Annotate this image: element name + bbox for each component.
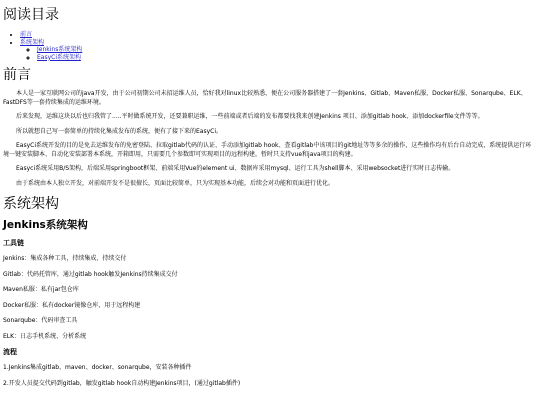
preface-paragraph: EasyCi系统开发的目的是免去运维发布的免密登陆、拉取gitlab代码的认证、…: [3, 142, 537, 159]
preface-paragraph: 由于系统由本人独立开发，对前端开发不是很擅长，页面比较简单，只为实现基本功能，后…: [3, 180, 537, 189]
toc-item-architecture: 系统架构 Jenkins系统架构 EasyCi系统架构: [20, 39, 537, 62]
tool-item: Maven私服：私有jar包仓库: [3, 286, 537, 295]
preface-paragraph: 后来发现，运维这块以后也归我管了.....平时做系统开发，还要兼职运维，一些前端…: [3, 113, 537, 122]
flow-step: 1.Jenkins集成gitlab、maven、docker、sonarqube…: [3, 364, 537, 373]
preface-paragraph: Easyci系统采用B/S架构，后端采用springboot框架、前端采用Vue…: [3, 165, 537, 174]
article: 阅读目录 前言 系统架构 Jenkins系统架构 EasyCi系统架构 前言 本…: [0, 6, 540, 388]
toc-item-preface: 前言: [20, 31, 537, 39]
toc-link-preface[interactable]: 前言: [20, 31, 32, 38]
flow-heading: 流程: [3, 347, 537, 357]
preface-paragraph: 所以就想自己写一套简单的持续化集成发布的系统，便有了接下来的EasyCi。: [3, 128, 537, 137]
preface-heading: 前言: [3, 66, 537, 84]
toc-link-easyci-architecture[interactable]: EasyCi系统架构: [37, 54, 81, 61]
jenkins-architecture-heading: Jenkins系统架构: [3, 218, 537, 232]
toc-item-easyci: EasyCi系统架构: [37, 54, 537, 62]
toolchain-heading: 工具链: [3, 238, 537, 248]
toc-link-architecture[interactable]: 系统架构: [20, 39, 44, 46]
toc-item-jenkins: Jenkins系统架构: [37, 46, 537, 54]
table-of-contents: 前言 系统架构 Jenkins系统架构 EasyCi系统架构: [3, 31, 537, 61]
toc-link-jenkins-architecture[interactable]: Jenkins系统架构: [37, 46, 82, 53]
flow-step: 2.开发人员提交代码到gitlab，触发gitlab hook自动构建Jenki…: [3, 380, 537, 389]
preface-paragraph: 本人是一家互联网公司的java开发，由于公司初期公司未招运维人员，恰好我对lin…: [3, 90, 537, 107]
toc-sublist: Jenkins系统架构 EasyCi系统架构: [20, 46, 537, 61]
tool-item: Docker私服：私有docker镜像仓库，用于远程构建: [3, 302, 537, 311]
tool-item: Sonarqube：代码审查工具: [3, 317, 537, 326]
tool-item: ELK：日志手机系统、分析系统: [3, 333, 537, 342]
toc-title: 阅读目录: [3, 6, 537, 24]
tool-item: Jenkins：集成各种工具，持续集成、持续交付: [3, 255, 537, 264]
tool-item: Gitlab：代码托管库，通过gitlab hook触发Jenkins持续集成交…: [3, 271, 537, 280]
architecture-heading: 系统架构: [3, 195, 537, 213]
